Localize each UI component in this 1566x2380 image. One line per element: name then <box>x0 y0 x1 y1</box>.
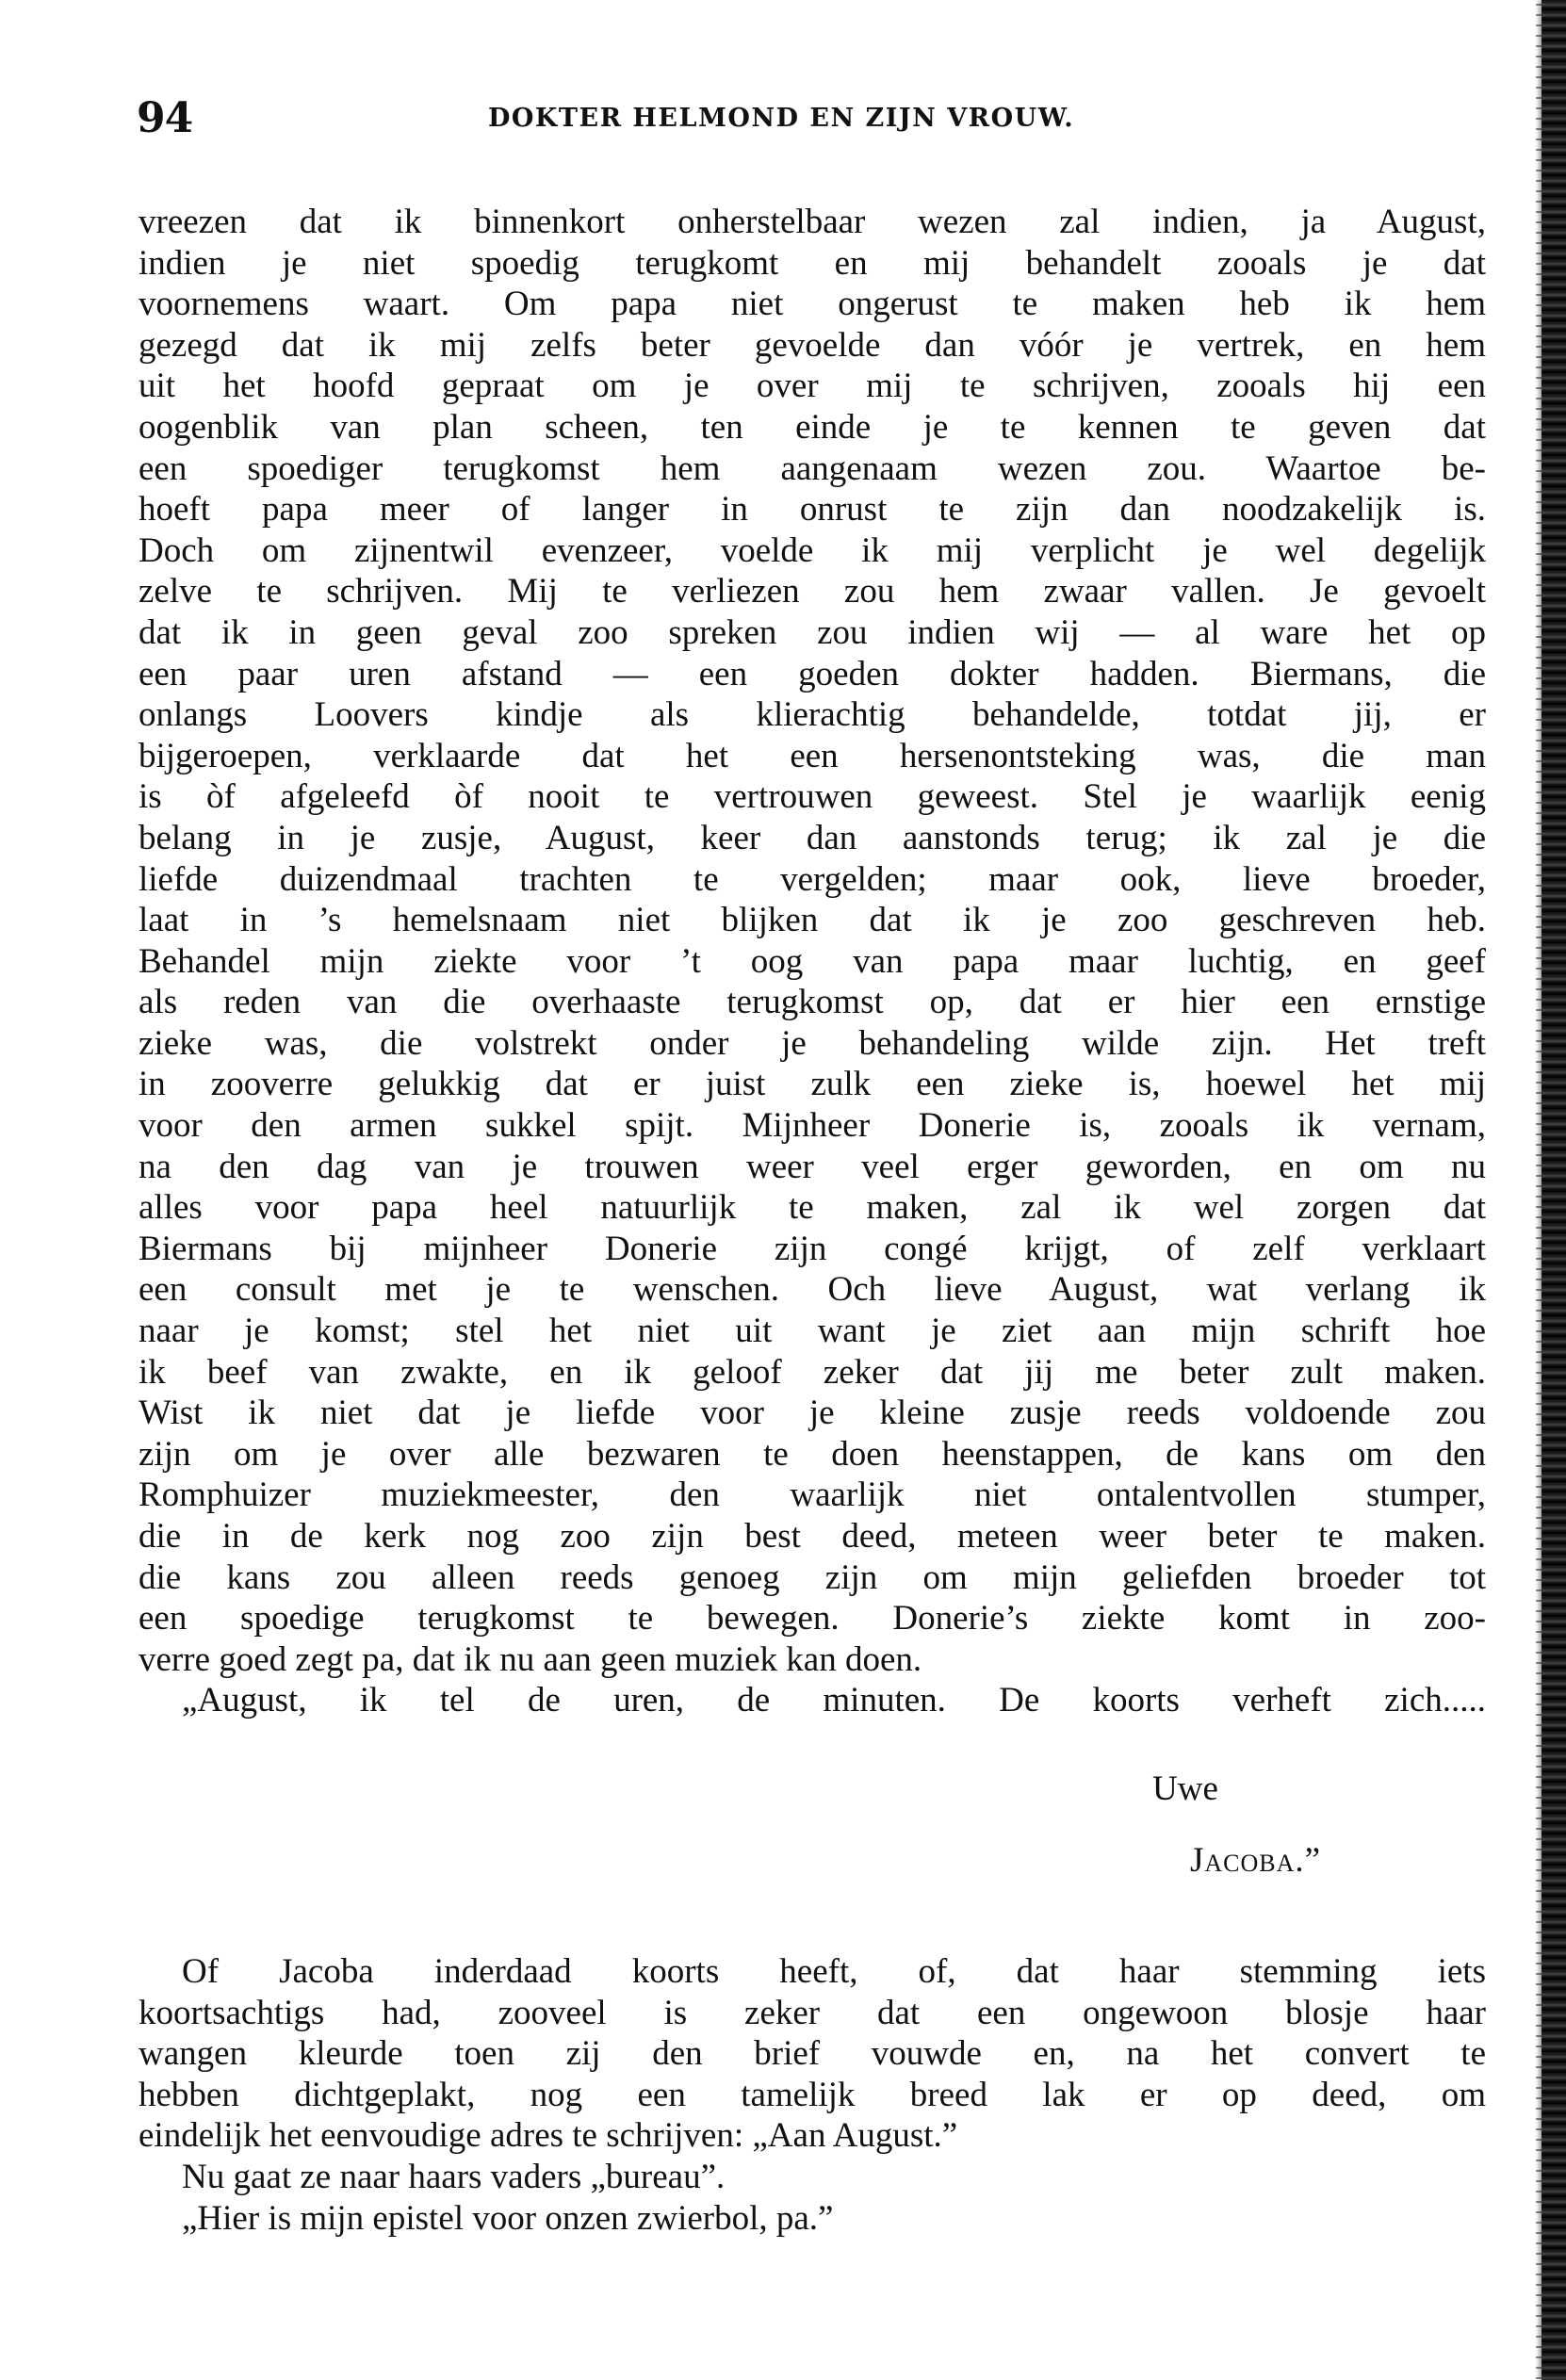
letter-text: vreezen dat ik binnenkort onherstelbaar … <box>139 202 1486 1721</box>
text-line: uit het hoofd gepraat om je over mij te … <box>139 366 1486 407</box>
book-page: 94 DOKTER HELMOND EN ZIJN VROUW. vreezen… <box>0 0 1566 2380</box>
text-line: naar je komst; stel het niet uit want je… <box>139 1311 1486 1352</box>
text-line: als reden van die overhaaste terugkomst … <box>139 982 1486 1023</box>
page-binding-edge <box>1542 0 1566 2380</box>
text-line: Nu gaat ze naar haars vaders „bureau”. <box>139 2157 1486 2198</box>
text-line: koortsachtigs had, zooveel is zeker dat … <box>139 1993 1486 2034</box>
text-line: hebben dichtgeplakt, nog een tamelijk br… <box>139 2075 1486 2116</box>
narrative-paragraph: Of Jacoba inderdaad koorts heeft, of, da… <box>139 1951 1486 2239</box>
text-line: een spoediger terugkomst hem aangenaam w… <box>139 448 1486 490</box>
text-line: Behandel mijn ziekte voor ’t oog van pap… <box>139 941 1486 983</box>
letter-signature: Jacoba.” <box>1190 1840 1321 1881</box>
text-line: voor den armen sukkel spijt. Mijnheer Do… <box>139 1105 1486 1147</box>
text-line: zelve te schrijven. Mij te verliezen zou… <box>139 571 1486 612</box>
text-line: Doch om zijnentwil evenzeer, voelde ik m… <box>139 530 1486 572</box>
text-line: oogenblik van plan scheen, ten einde je … <box>139 407 1486 448</box>
text-line: na den dag van je trouwen weer veel erge… <box>139 1147 1486 1188</box>
text-line: bijgeroepen, verklaarde dat het een hers… <box>139 736 1486 777</box>
text-line: vreezen dat ik binnenkort onherstelbaar … <box>139 202 1486 243</box>
text-line: een consult met je te wenschen. Och liev… <box>139 1269 1486 1311</box>
text-line: liefde duizendmaal trachten te vergelden… <box>139 859 1486 901</box>
text-line: onlangs Loovers kindje als klierachtig b… <box>139 694 1486 736</box>
text-line: een paar uren afstand — een goeden dokte… <box>139 654 1486 695</box>
text-line: die kans zou alleen reeds genoeg zijn om… <box>139 1557 1486 1599</box>
text-line: Wist ik niet dat je liefde voor je klein… <box>139 1393 1486 1434</box>
text-line: alles voor papa heel natuurlijk te maken… <box>139 1187 1486 1229</box>
letter-closing: Uwe <box>1152 1769 1218 1809</box>
text-line: zijn om je over alle bezwaren te doen he… <box>139 1434 1486 1475</box>
text-line: eindelijk het eenvoudige adres te schrij… <box>139 2115 1486 2157</box>
text-line: laat in ’s hemelsnaam niet blijken dat i… <box>139 900 1486 941</box>
page-number: 94 <box>137 94 192 142</box>
text-line: ik beef van zwakte, en ik geloof zeker d… <box>139 1352 1486 1394</box>
text-line: is òf afgeleefd òf nooit te vertrouwen g… <box>139 776 1486 818</box>
text-line: indien je niet spoedig terugkomt en mij … <box>139 243 1486 285</box>
text-line: Biermans bij mijnheer Donerie zijn congé… <box>139 1229 1486 1270</box>
text-line: „August, ik tel de uren, de minuten. De … <box>139 1680 1486 1721</box>
text-line: die in de kerk nog zoo zijn best deed, m… <box>139 1516 1486 1557</box>
text-line: een spoedige terugkomst te bewegen. Done… <box>139 1598 1486 1639</box>
text-line: belang in je zusje, August, keer dan aan… <box>139 818 1486 859</box>
text-line: zieke was, die volstrekt onder je behand… <box>139 1023 1486 1065</box>
text-line: voornemens waart. Om papa niet ongerust … <box>139 284 1486 325</box>
text-line: verre goed zegt pa, dat ik nu aan geen m… <box>139 1639 1486 1681</box>
running-head: DOKTER HELMOND EN ZIJN VROUW. <box>488 104 1138 133</box>
text-line: Of Jacoba inderdaad koorts heeft, of, da… <box>139 1951 1486 1993</box>
text-line: in zooverre gelukkig dat er juist zulk e… <box>139 1064 1486 1105</box>
text-line: Romphuizer muziekmeester, den waarlijk n… <box>139 1475 1486 1516</box>
text-line: gezegd dat ik mij zelfs beter gevoelde d… <box>139 325 1486 367</box>
text-line: „Hier is mijn epistel voor onzen zwierbo… <box>139 2198 1486 2240</box>
text-line: dat ik in geen geval zoo spreken zou ind… <box>139 612 1486 654</box>
text-line: hoeft papa meer of langer in onrust te z… <box>139 489 1486 530</box>
text-line: wangen kleurde toen zij den brief vouwde… <box>139 2033 1486 2075</box>
